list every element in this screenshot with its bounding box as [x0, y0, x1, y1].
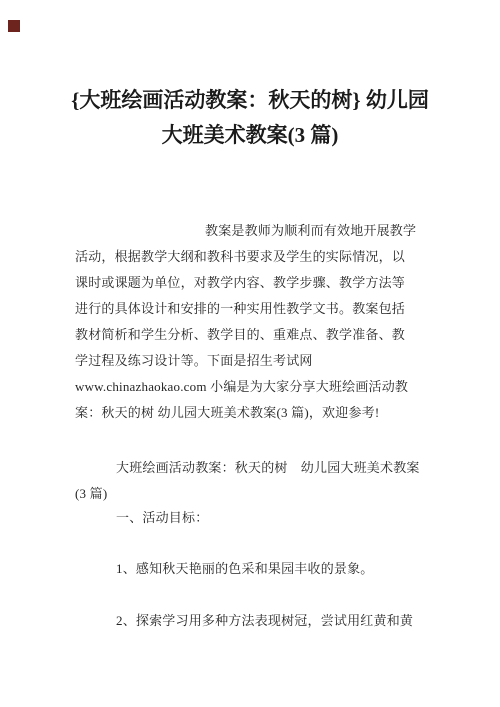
intro-line: 教案是教师为顺利而有效地开展教学: [75, 218, 440, 244]
goal-item-1: 1、感知秋天艳丽的色采和果园丰收的景象。: [75, 556, 440, 582]
intro-paragraph: 教案是教师为顺利而有效地开展教学 活动，根据教学大纲和教科书要求及学生的实际情况…: [75, 218, 440, 426]
document-title: {大班绘画活动教案：秋天的树} 幼儿园 大班美术教案(3 篇): [30, 83, 470, 153]
intro-line: 课时或课题为单位，对教学内容、教学步骤、教学方法等: [75, 270, 440, 296]
goal-heading: 一、活动目标：: [75, 505, 440, 531]
intro-line: 教材简析和学生分析、教学目的、重难点、教学准备、教: [75, 322, 440, 348]
goal-item-2: 2、探索学习用多种方法表现树冠，尝试用红黄和黄: [75, 608, 440, 634]
corner-red-square: [8, 20, 20, 32]
intro-line: 案：秋天的树 幼儿园大班美术教案(3 篇)，欢迎参考!: [75, 400, 440, 426]
intro-line: 活动，根据教学大纲和教科书要求及学生的实际情况，以: [75, 244, 440, 270]
document-title-line-2: 大班美术教案(3 篇): [30, 118, 470, 153]
section-heading-line-1: 大班绘画活动教案：秋天的树 幼儿园大班美术教案: [75, 455, 440, 481]
intro-line: 进行的具体设计和安排的一种实用性教学文书。教案包括: [75, 296, 440, 322]
intro-line: 学过程及练习设计等。下面是招生考试网: [75, 348, 440, 374]
document-title-line-1: {大班绘画活动教案：秋天的树} 幼儿园: [30, 83, 470, 118]
goal-item-1-text: 1、感知秋天艳丽的色采和果园丰收的景象。: [75, 556, 440, 582]
section-heading: 大班绘画活动教案：秋天的树 幼儿园大班美术教案 (3 篇): [75, 455, 440, 507]
intro-line: www.chinazhaokao.com 小编是为大家分享大班绘画活动教: [75, 374, 440, 400]
section-heading-line-2: (3 篇): [75, 481, 440, 507]
goal-item-2-text: 2、探索学习用多种方法表现树冠，尝试用红黄和黄: [75, 608, 440, 634]
goal-heading-text: 一、活动目标：: [75, 505, 440, 531]
document-page: {大班绘画活动教案：秋天的树} 幼儿园 大班美术教案(3 篇) 教案是教师为顺利…: [0, 0, 500, 707]
